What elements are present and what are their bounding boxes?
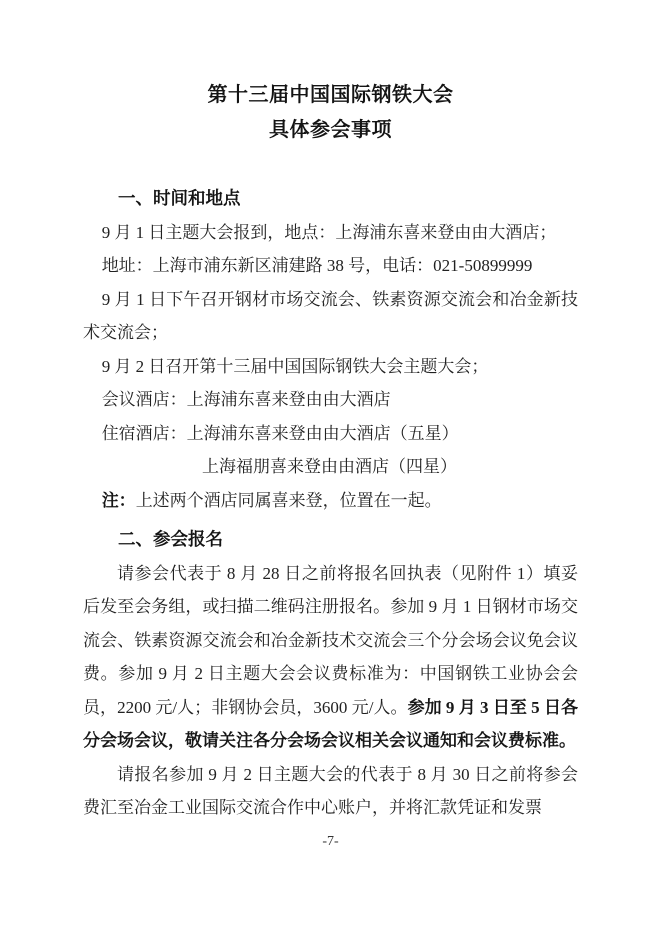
document-page: 第十三届中国国际钢铁大会 具体参会事项 一、时间和地点 9 月 1 日主题大会报… xyxy=(0,0,660,933)
page-number: -7- xyxy=(83,829,578,855)
paragraph-note: 注：上述两个酒店同属喜来登，位置在一起。 xyxy=(83,484,578,518)
doc-subtitle: 具体参会事项 xyxy=(83,113,578,148)
note-text: 上述两个酒店同属喜来登，位置在一起。 xyxy=(136,491,442,510)
section1-heading: 一、时间和地点 xyxy=(83,182,578,216)
note-label: 注： xyxy=(102,491,136,510)
paragraph-plenary-session: 9 月 2 日召开第十三届中国国际钢铁大会主题大会； xyxy=(83,350,578,384)
paragraph-address: 地址：上海市浦东新区浦建路 38 号，电话：021-50899999 xyxy=(83,249,578,283)
section2-heading: 二、参会报名 xyxy=(83,523,578,557)
paragraph-conference-hotel: 会议酒店：上海浦东喜来登由由大酒店 xyxy=(83,383,578,417)
paragraph-lodging-hotel-line2: 上海福朋喜来登由由酒店（四星） xyxy=(83,450,578,484)
doc-title: 第十三届中国国际钢铁大会 xyxy=(83,78,578,113)
paragraph-checkin: 9 月 1 日主题大会报到，地点：上海浦东喜来登由由大酒店； xyxy=(83,216,578,250)
paragraph-lodging-hotel-line1: 住宿酒店：上海浦东喜来登由由大酒店（五星） xyxy=(83,417,578,451)
paragraph-registration: 请参会代表于 8 月 28 日之前将报名回执表（见附件 1）填妥后发至会务组，或… xyxy=(83,557,578,758)
registration-text: 请参会代表于 8 月 28 日之前将报名回执表（见附件 1）填妥后发至会务组，或… xyxy=(83,564,578,717)
paragraph-payment: 请报名参加 9 月 2 日主题大会的代表于 8 月 30 日之前将参会费汇至冶金… xyxy=(83,758,578,825)
paragraph-afternoon-sessions: 9 月 1 日下午召开钢材市场交流会、铁素资源交流会和冶金新技术交流会； xyxy=(83,283,578,350)
